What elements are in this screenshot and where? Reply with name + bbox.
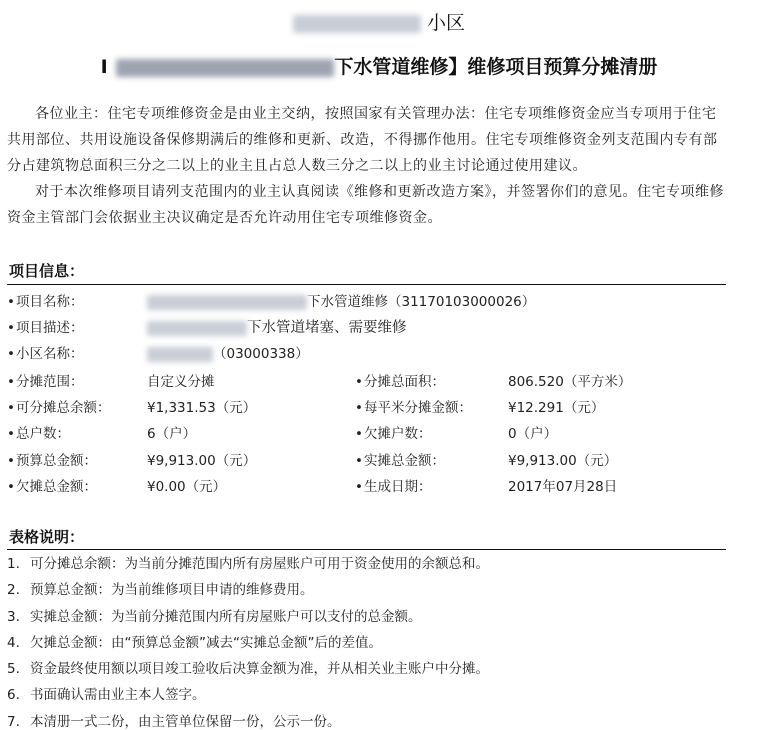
community-title: 小区 — [0, 10, 758, 36]
project-name-value: 下水管道维修（31170103000026） — [307, 294, 535, 310]
bullet-icon: • — [355, 421, 364, 447]
redacted-community — [147, 347, 213, 362]
title-project-name: 下水管道维修】 — [334, 56, 467, 78]
bullet-icon: • — [355, 474, 364, 500]
bullet-icon: • — [7, 395, 16, 421]
arrears-total-value: ¥0.00（元） — [147, 474, 226, 500]
generated-date-row: •生成日期： 2017年07月28日 — [355, 474, 715, 500]
budget-total-label: 预算总金额： — [16, 453, 97, 469]
bullet-icon: • — [7, 289, 16, 315]
arrears-households-row: •欠摊户数： 0（户） — [355, 421, 715, 447]
note-item: 4.欠摊总金额：由“预算总金额”减去“实摊总金额”后的差值。 — [7, 630, 489, 656]
community-title-suffix: 小区 — [427, 12, 465, 34]
project-name-row: •项目名称： 下水管道维修（31170103000026） — [7, 289, 727, 315]
note-item: 2.预算总金额：为当前维修项目申请的维修费用。 — [7, 577, 489, 603]
arrears-total-label: 欠摊总金额： — [16, 479, 97, 495]
notes-list: 1.可分摊总余额：为当前分摊范围内所有房屋账户可用于资金使用的余额总和。 2.预… — [7, 551, 489, 730]
note-item: 1.可分摊总余额：为当前分摊范围内所有房屋账户可用于资金使用的余额总和。 — [7, 551, 489, 577]
project-description-label: 项目描述： — [16, 320, 84, 336]
note-item: 6.书面确认需由业主本人签字。 — [7, 682, 489, 708]
title-suffix: 维修项目预算分摊清册 — [467, 56, 657, 78]
redacted-project-description — [147, 321, 247, 336]
project-description-row: •项目描述： 下水管道堵塞、需要维修 — [7, 315, 727, 341]
bullet-icon: • — [355, 369, 364, 395]
allocation-scope-value: 自定义分摊 — [147, 369, 215, 395]
bullet-icon: • — [7, 341, 16, 367]
redacted-project-location — [116, 59, 334, 77]
note-item: 3.实摊总金额：为当前分摊范围内所有房屋账户可以支付的总金额。 — [7, 604, 489, 630]
bullet-icon: • — [7, 474, 16, 500]
redacted-project-name — [147, 295, 307, 310]
actual-allocated-row: •实摊总金额： ¥9,913.00（元） — [355, 448, 715, 474]
actual-allocated-value: ¥9,913.00（元） — [508, 448, 617, 474]
generated-date-value: 2017年07月28日 — [508, 474, 617, 500]
budget-total-value: ¥9,913.00（元） — [147, 448, 256, 474]
per-sqm-amount-label: 每平米分摊金额： — [364, 400, 472, 416]
generated-date-label: 生成日期： — [364, 479, 432, 495]
allocation-scope-row: •分摊范围： 自定义分摊 — [7, 369, 347, 395]
per-sqm-amount-value: ¥12.291（元） — [508, 395, 604, 421]
note-item: 7.本清册一式二份，由主管单位保留一份，公示一份。 — [7, 709, 489, 730]
arrears-households-label: 欠摊户数： — [364, 426, 432, 442]
note-item: 5.资金最终使用额以项目竣工验收后决算金额为准，并从相关业主账户中分摊。 — [7, 656, 489, 682]
community-name-value: （03000338） — [213, 346, 309, 362]
bullet-icon: • — [7, 369, 16, 395]
intro-paragraph-1: 各位业主：住宅专项维修资金是由业主交纳，按照国家有关管理办法：住宅专项维修资金应… — [7, 101, 727, 179]
available-balance-value: ¥1,331.53（元） — [147, 395, 256, 421]
arrears-total-row: •欠摊总金额： ¥0.00（元） — [7, 474, 347, 500]
total-households-row: •总户数： 6（户） — [7, 421, 347, 447]
budget-total-row: •预算总金额： ¥9,913.00（元） — [7, 448, 347, 474]
arrears-households-value: 0（户） — [508, 421, 557, 447]
project-name-label: 项目名称： — [16, 294, 84, 310]
total-households-value: 6（户） — [147, 421, 196, 447]
project-info-heading: 项目信息： — [9, 260, 84, 281]
bullet-icon: • — [355, 395, 364, 421]
title-bracket-open: I — [101, 56, 108, 78]
total-area-value: 806.520（平方米） — [508, 369, 631, 395]
per-sqm-amount-row: •每平米分摊金额： ¥12.291（元） — [355, 395, 715, 421]
intro-paragraph-2: 对于本次维修项目请列支范围内的业主认真阅读《维修和更新改造方案》，并签署你们的意… — [7, 179, 727, 231]
community-name-label: 小区名称： — [16, 346, 84, 362]
total-households-label: 总户数： — [16, 426, 70, 442]
bullet-icon: • — [7, 315, 16, 341]
project-info-divider — [7, 284, 726, 285]
notes-heading: 表格说明： — [9, 526, 84, 547]
redacted-community-name — [293, 15, 421, 33]
allocation-scope-label: 分摊范围： — [16, 374, 84, 390]
community-name-row: •小区名称： （03000338） — [7, 341, 727, 367]
total-area-row: •分摊总面积： 806.520（平方米） — [355, 369, 715, 395]
bullet-icon: • — [355, 448, 364, 474]
intro-text: 各位业主：住宅专项维修资金是由业主交纳，按照国家有关管理办法：住宅专项维修资金应… — [7, 101, 727, 231]
available-balance-row: •可分摊总余额： ¥1,331.53（元） — [7, 395, 347, 421]
actual-allocated-label: 实摊总金额： — [364, 453, 445, 469]
notes-divider — [7, 549, 726, 550]
project-description-value: 下水管道堵塞、需要维修 — [247, 320, 407, 336]
document-title: I 下水管道维修】维修项目预算分摊清册 — [0, 53, 758, 81]
bullet-icon: • — [7, 421, 16, 447]
total-area-label: 分摊总面积： — [364, 374, 445, 390]
available-balance-label: 可分摊总余额： — [16, 400, 111, 416]
bullet-icon: • — [7, 448, 16, 474]
